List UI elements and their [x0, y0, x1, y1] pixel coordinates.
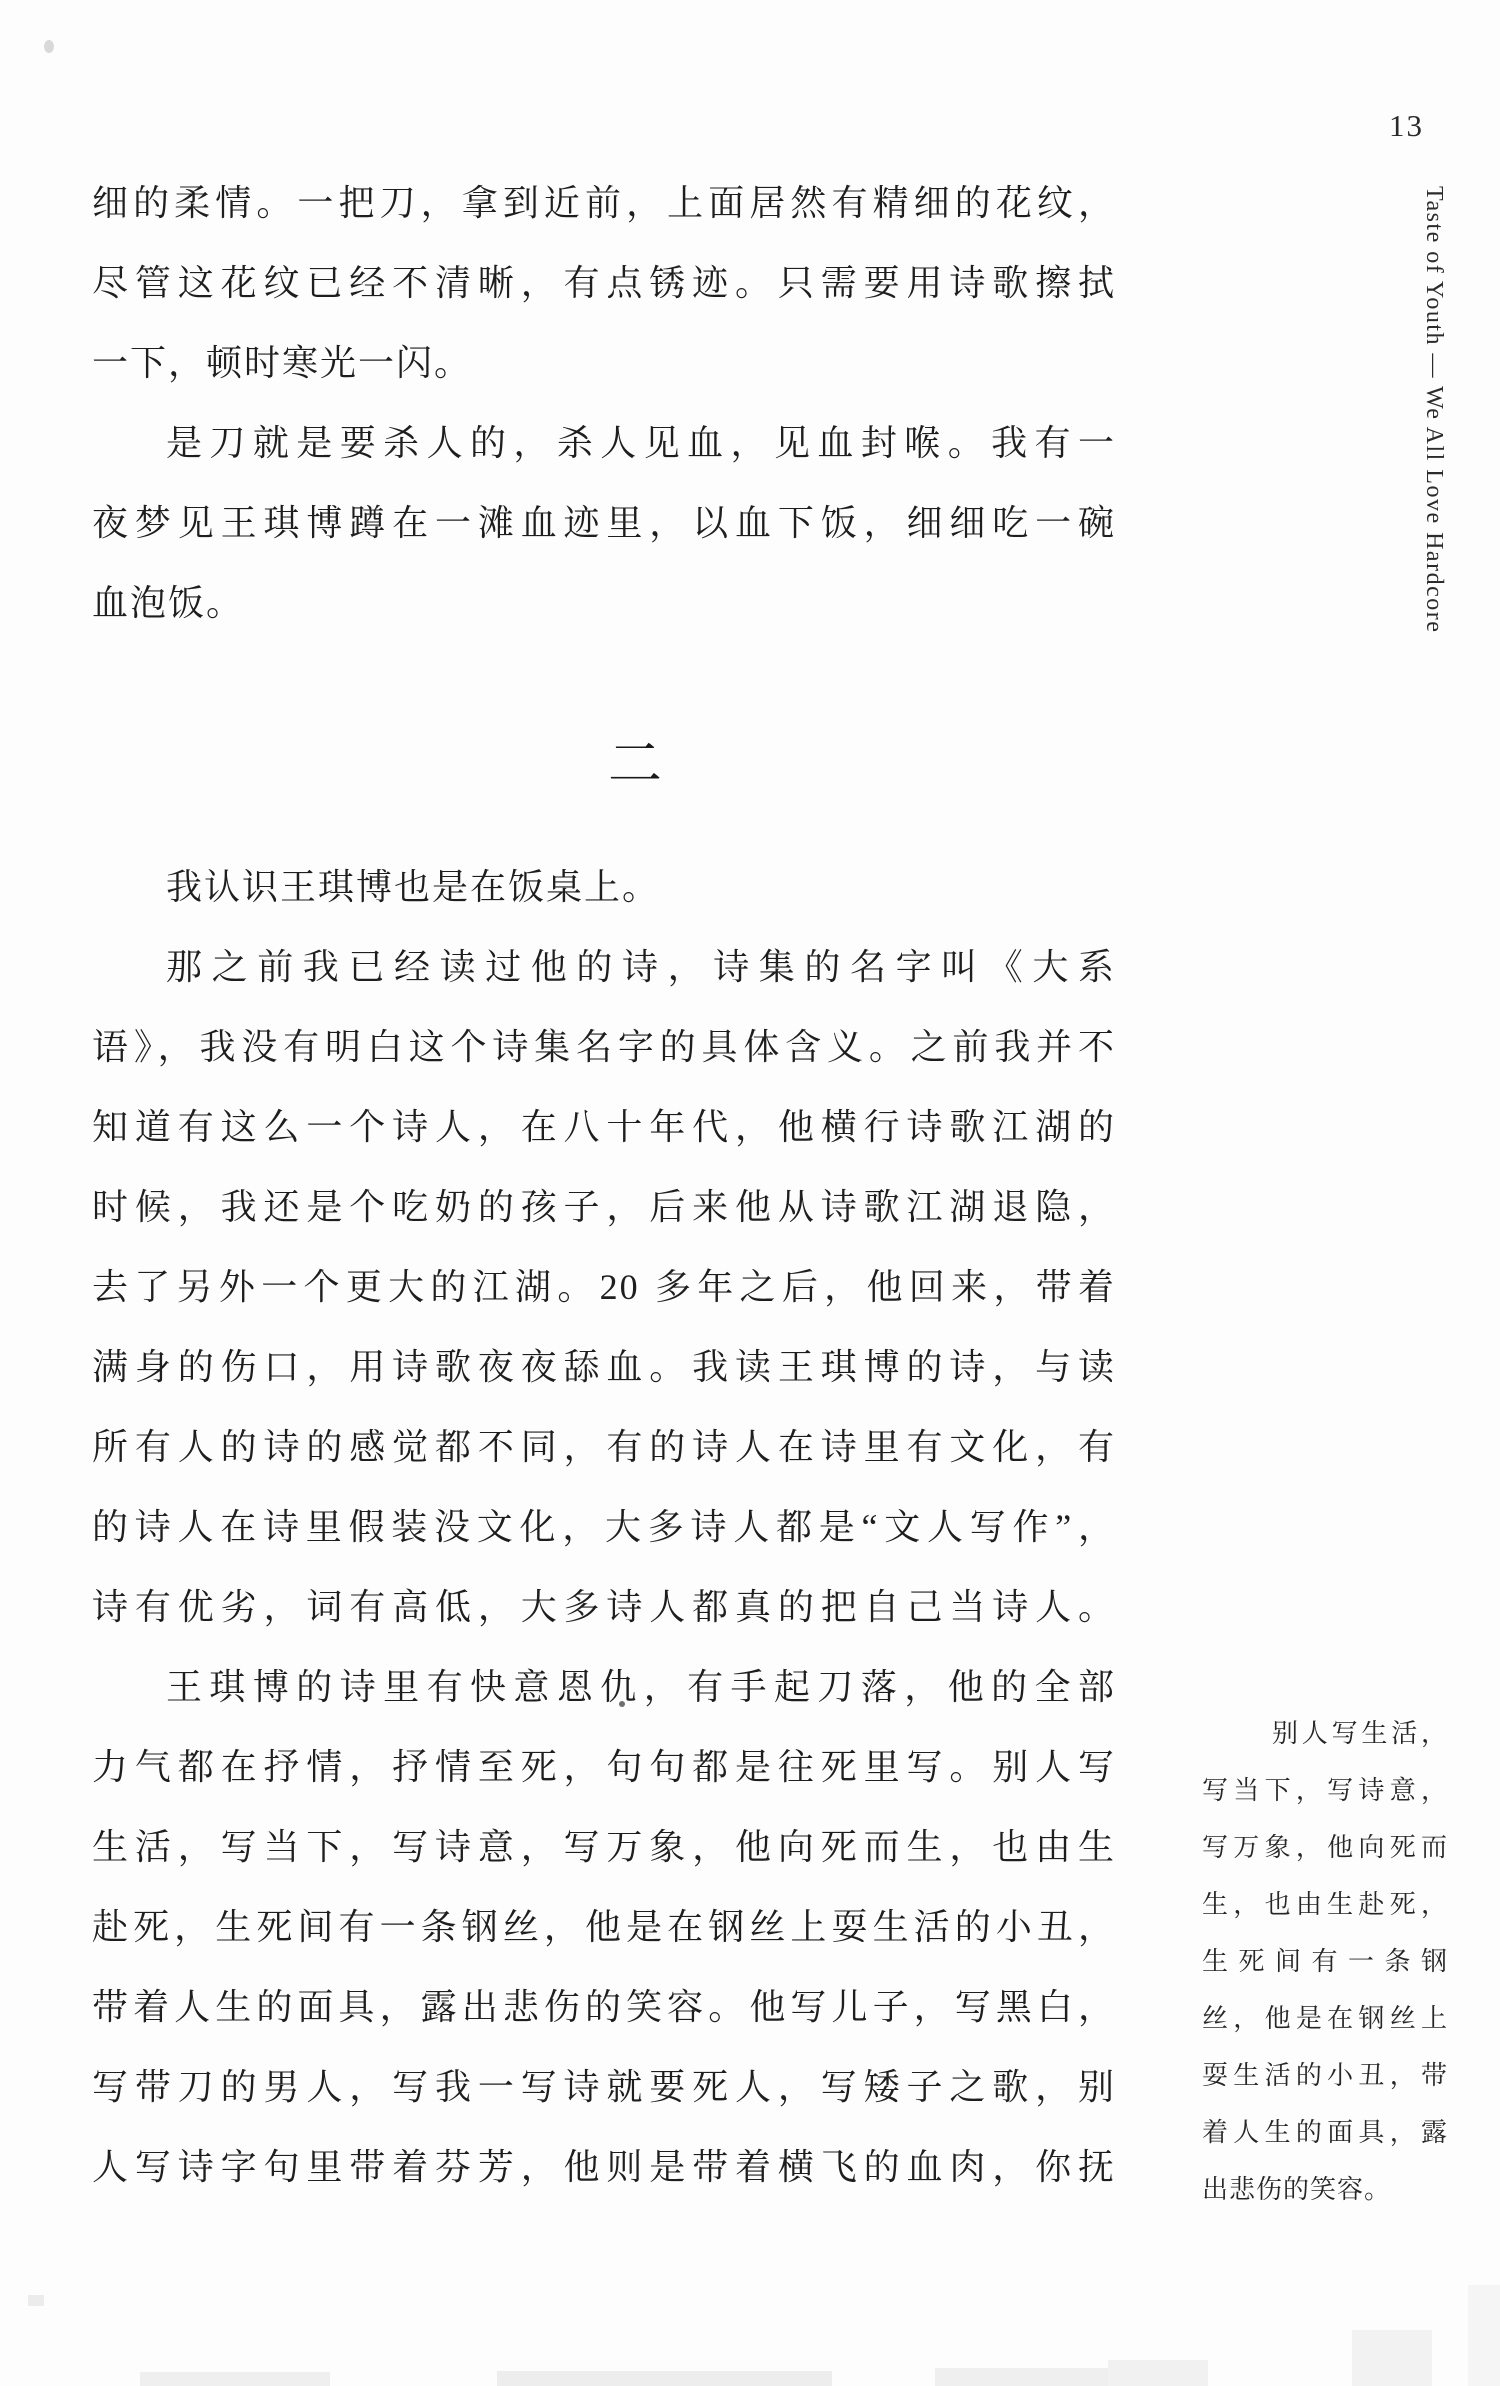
ink-speck: [44, 40, 54, 53]
body-line: 带着人生的面具，露出悲伤的笑容。他写儿子，写黑白，: [92, 1986, 1116, 2028]
ink-speck: [619, 1701, 625, 1707]
body-line: 的诗人在诗里假装没文化，大多诗人都是“文人写作”，: [92, 1506, 1116, 1548]
body-line: 夜梦见王琪博蹲在一滩血迹里，以血下饭，细细吃一碗: [92, 502, 1116, 544]
margin-note-line: 着人生的面具，露: [1202, 2117, 1448, 2149]
body-line: 我认识王琪博也是在饭桌上。: [92, 866, 1116, 908]
body-line: 人写诗字句里带着芬芳，他则是带着横飞的血肉，你抚: [92, 2146, 1116, 2188]
body-line: 血泡饭。: [92, 582, 1116, 624]
margin-note-line: 出悲伤的笑容。: [1202, 2174, 1448, 2206]
book-page-scan: 13 Taste of Youth — We All Love Hardcore…: [0, 0, 1500, 2386]
margin-note-line: 写当下，写诗意，: [1202, 1775, 1448, 1807]
body-line: 那之前我已经读过他的诗，诗集的名字叫《大系: [92, 946, 1116, 988]
margin-note-line: 丝，他是在钢丝上: [1202, 2003, 1448, 2035]
scan-artifact: [140, 2372, 330, 2386]
running-head-vertical: Taste of Youth — We All Love Hardcore: [1420, 186, 1447, 633]
body-line: 诗有优劣，词有高低，大多诗人都真的把自己当诗人。: [92, 1586, 1116, 1628]
scan-artifact: [1468, 2285, 1500, 2386]
body-line: 尽管这花纹已经不清晰，有点锈迹。只需要用诗歌擦拭: [92, 262, 1116, 304]
scan-artifact: [28, 2295, 44, 2306]
scan-artifact: [1108, 2360, 1208, 2386]
body-line: 王琪博的诗里有快意恩仇，有手起刀落，他的全部: [92, 1666, 1116, 1708]
body-line: 生活，写当下，写诗意，写万象，他向死而生，也由生: [92, 1826, 1116, 1868]
body-line: 语》，我没有明白这个诗集名字的具体含义。之前我并不: [92, 1026, 1116, 1068]
margin-note-line: 生死间有一条钢: [1202, 1946, 1448, 1978]
body-line: 满身的伤口，用诗歌夜夜舔血。我读王琪博的诗，与读: [92, 1346, 1116, 1388]
margin-note-line: 耍生活的小丑，带: [1202, 2060, 1448, 2092]
body-line: 时候，我还是个吃奶的孩子，后来他从诗歌江湖退隐，: [92, 1186, 1116, 1228]
body-line: 细的柔情。一把刀，拿到近前，上面居然有精细的花纹，: [92, 182, 1116, 224]
body-line: 所有人的诗的感觉都不同，有的诗人在诗里有文化，有: [92, 1426, 1116, 1468]
body-line: 力气都在抒情，抒情至死，句句都是往死里写。别人写: [92, 1746, 1116, 1788]
scan-artifact: [1352, 2330, 1432, 2386]
body-line: 一下，顿时寒光一闪。: [92, 342, 1116, 384]
margin-note-line: 写万象，他向死而: [1202, 1832, 1448, 1864]
section-heading: 二: [608, 735, 662, 793]
page-number: 13: [1389, 108, 1424, 144]
body-line: 去了另外一个更大的江湖。20 多年之后，他回来，带着: [92, 1266, 1116, 1308]
body-line: 是刀就是要杀人的，杀人见血，见血封喉。我有一: [92, 422, 1116, 464]
margin-note-line: 生，也由生赴死，: [1202, 1889, 1448, 1921]
body-line: 写带刀的男人，写我一写诗就要死人，写矮子之歌，别: [92, 2066, 1116, 2108]
body-line: 赴死，生死间有一条钢丝，他是在钢丝上耍生活的小丑，: [92, 1906, 1116, 1948]
margin-note-line: 别人写生活，: [1202, 1718, 1448, 1750]
body-line: 知道有这么一个诗人，在八十年代，他横行诗歌江湖的: [92, 1106, 1116, 1148]
scan-artifact: [497, 2371, 832, 2386]
